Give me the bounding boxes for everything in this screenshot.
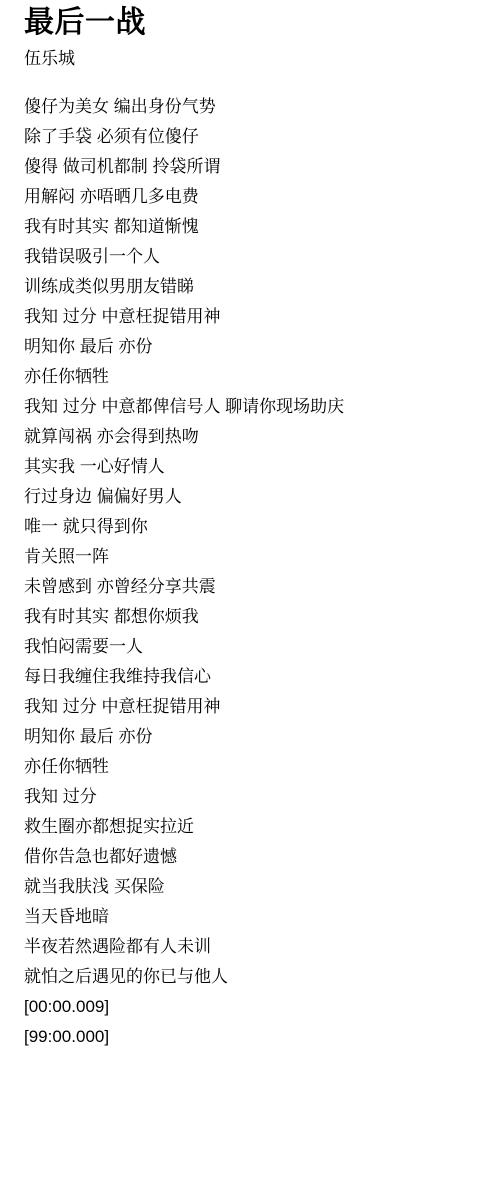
lyric-line: 救生圈亦都想捉实拉近 [24,812,480,842]
lyric-line: 用解闷 亦唔晒几多电费 [24,182,480,212]
lyric-line: 我有时其实 都知道惭愧 [24,212,480,242]
lyrics-list: 傻仔为美女 编出身份气势除了手袋 必须有位傻仔傻得 做司机都制 拎袋所谓用解闷 … [24,92,480,1052]
lyric-line: 唯一 就只得到你 [24,512,480,542]
lyric-line: 我错误吸引一个人 [24,242,480,272]
lyric-line: 我知 过分 中意枉捉错用神 [24,692,480,722]
lyric-line: 行过身边 偏偏好男人 [24,482,480,512]
lyric-line: 未曾感到 亦曾经分享共震 [24,572,480,602]
lyric-line: 亦任你牺牲 [24,362,480,392]
lyric-line: [00:00.009] [24,992,480,1022]
lyric-line: 我知 过分 中意都俾信号人 聊请你现场助庆 [24,392,480,422]
artist-name: 伍乐城 [24,49,480,69]
lyric-line: [99:00.000] [24,1022,480,1052]
lyrics-page: 最后一战 伍乐城 傻仔为美女 编出身份气势除了手袋 必须有位傻仔傻得 做司机都制… [0,0,500,1180]
lyric-line: 我知 过分 中意枉捉错用神 [24,302,480,332]
lyric-line: 除了手袋 必须有位傻仔 [24,122,480,152]
page-title: 最后一战 [24,6,480,41]
lyric-line: 我怕闷需要一人 [24,632,480,662]
lyric-line: 借你告急也都好遗憾 [24,842,480,872]
lyric-line: 亦任你牺牲 [24,752,480,782]
lyric-line: 训练成类似男朋友错睇 [24,272,480,302]
lyric-line: 当天昏地暗 [24,902,480,932]
lyric-line: 我有时其实 都想你烦我 [24,602,480,632]
lyric-line: 我知 过分 [24,782,480,812]
lyric-line: 肯关照一阵 [24,542,480,572]
lyric-line: 半夜若然遇险都有人未训 [24,932,480,962]
lyric-line: 明知你 最后 亦份 [24,722,480,752]
lyric-line: 傻得 做司机都制 拎袋所谓 [24,152,480,182]
lyric-line: 傻仔为美女 编出身份气势 [24,92,480,122]
lyric-line: 其实我 一心好情人 [24,452,480,482]
lyric-line: 明知你 最后 亦份 [24,332,480,362]
lyric-line: 就怕之后遇见的你已与他人 [24,962,480,992]
lyric-line: 就算闯祸 亦会得到热吻 [24,422,480,452]
lyric-line: 每日我缠住我维持我信心 [24,662,480,692]
lyric-line: 就当我肤浅 买保险 [24,872,480,902]
